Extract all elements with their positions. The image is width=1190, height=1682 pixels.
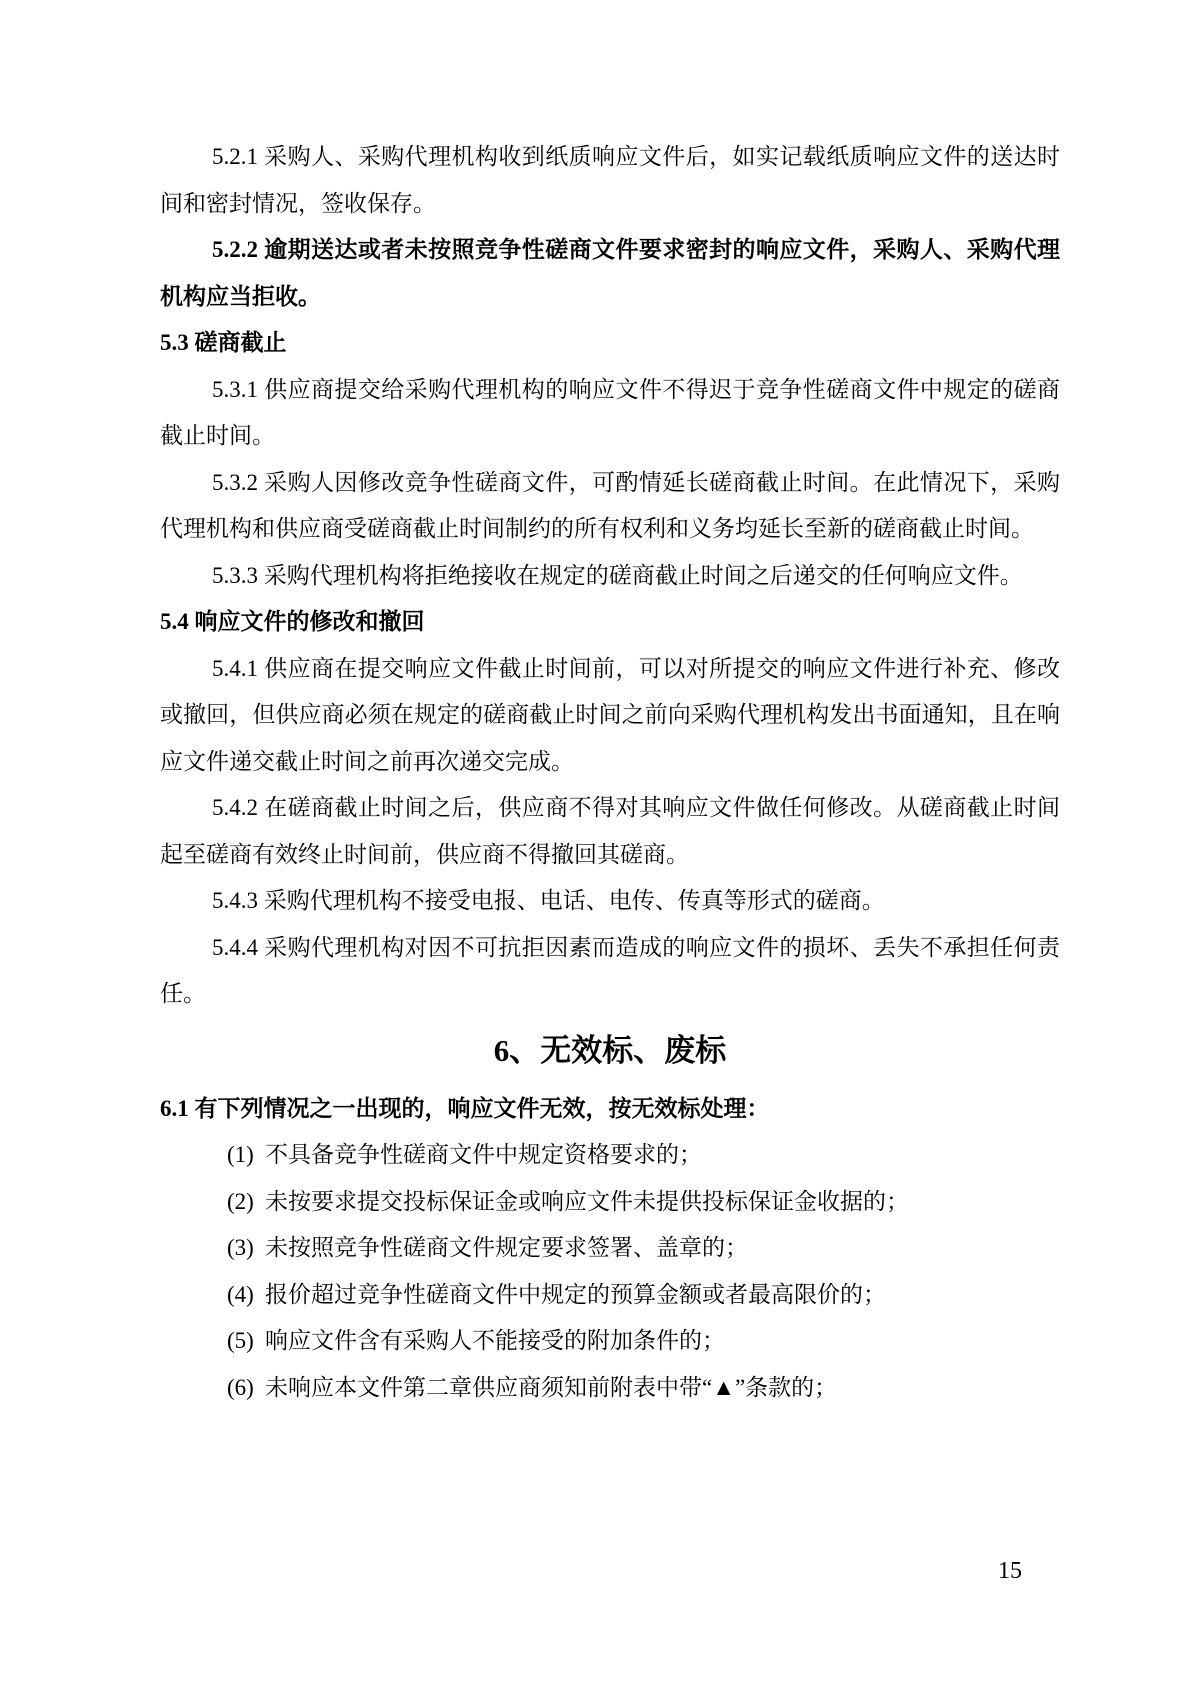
page-number: 15: [998, 1556, 1022, 1586]
clause-5-4-2: 5.4.2 在磋商截止时间之后，供应商不得对其响应文件做任何修改。从磋商截止时间…: [160, 785, 1060, 878]
list-item-marker: (5): [227, 1318, 255, 1365]
list-item-2: (2)未按要求提交投标保证金或响应文件未提供投标保证金收据的；: [227, 1179, 1060, 1226]
list-item-1: (1)不具备竞争性磋商文件中规定资格要求的；: [227, 1132, 1060, 1179]
list-item-marker: (4): [227, 1272, 255, 1319]
list-item-marker: (3): [227, 1225, 255, 1272]
clause-5-3-3: 5.3.3 采购代理机构将拒绝接收在规定的磋商截止时间之后递交的任何响应文件。: [160, 553, 1060, 600]
list-item-text: 报价超过竞争性磋商文件中规定的预算金额或者最高限价的；: [265, 1282, 886, 1307]
clause-heading-6-1: 6.1 有下列情况之一出现的，响应文件无效，按无效标处理：: [160, 1086, 1060, 1133]
clause-5-2-1: 5.2.1 采购人、采购代理机构收到纸质响应文件后，如实记载纸质响应文件的送达时…: [160, 134, 1060, 227]
clause-5-2-2: 5.2.2 逾期送达或者未按照竞争性磋商文件要求密封的响应文件，采购人、采购代理…: [160, 227, 1060, 320]
list-item-marker: (1): [227, 1132, 255, 1179]
clause-5-3-1: 5.3.1 供应商提交给采购代理机构的响应文件不得迟于竞争性磋商文件中规定的磋商…: [160, 367, 1060, 460]
list-item-4: (4)报价超过竞争性磋商文件中规定的预算金额或者最高限价的；: [227, 1272, 1060, 1319]
chapter-title-6: 6、无效标、废标: [160, 1030, 1060, 1072]
list-item-marker: (2): [227, 1179, 255, 1226]
clause-5-3-2: 5.3.2 采购人因修改竞争性磋商文件，可酌情延长磋商截止时间。在此情况下，采购…: [160, 460, 1060, 553]
list-item-5: (5)响应文件含有采购人不能接受的附加条件的；: [227, 1318, 1060, 1365]
list-item-6: (6)未响应本文件第二章供应商须知前附表中带“▲”条款的；: [227, 1365, 1060, 1412]
list-item-text: 未响应本文件第二章供应商须知前附表中带“▲”条款的；: [265, 1375, 837, 1400]
clause-5-4-1: 5.4.1 供应商在提交响应文件截止时间前，可以对所提交的响应文件进行补充、修改…: [160, 646, 1060, 786]
list-item-3: (3)未按照竞争性磋商文件规定要求签署、盖章的；: [227, 1225, 1060, 1272]
section-heading-5-4: 5.4 响应文件的修改和撤回: [160, 599, 1060, 646]
document-body: 5.2.1 采购人、采购代理机构收到纸质响应文件后，如实记载纸质响应文件的送达时…: [160, 134, 1060, 1411]
section-heading-5-3: 5.3 磋商截止: [160, 320, 1060, 367]
clause-5-4-4: 5.4.4 采购代理机构对因不可抗拒因素而造成的响应文件的损坏、丢失不承担任何责…: [160, 925, 1060, 1018]
clause-5-4-3: 5.4.3 采购代理机构不接受电报、电话、电传、传真等形式的磋商。: [160, 878, 1060, 925]
list-item-text: 响应文件含有采购人不能接受的附加条件的；: [265, 1328, 725, 1353]
list-item-text: 不具备竞争性磋商文件中规定资格要求的；: [265, 1142, 702, 1167]
list-item-text: 未按照竞争性磋商文件规定要求签署、盖章的；: [265, 1235, 748, 1260]
list-item-marker: (6): [227, 1365, 255, 1412]
document-page: 5.2.1 采购人、采购代理机构收到纸质响应文件后，如实记载纸质响应文件的送达时…: [0, 0, 1190, 1682]
list-item-text: 未按要求提交投标保证金或响应文件未提供投标保证金收据的；: [265, 1189, 909, 1214]
